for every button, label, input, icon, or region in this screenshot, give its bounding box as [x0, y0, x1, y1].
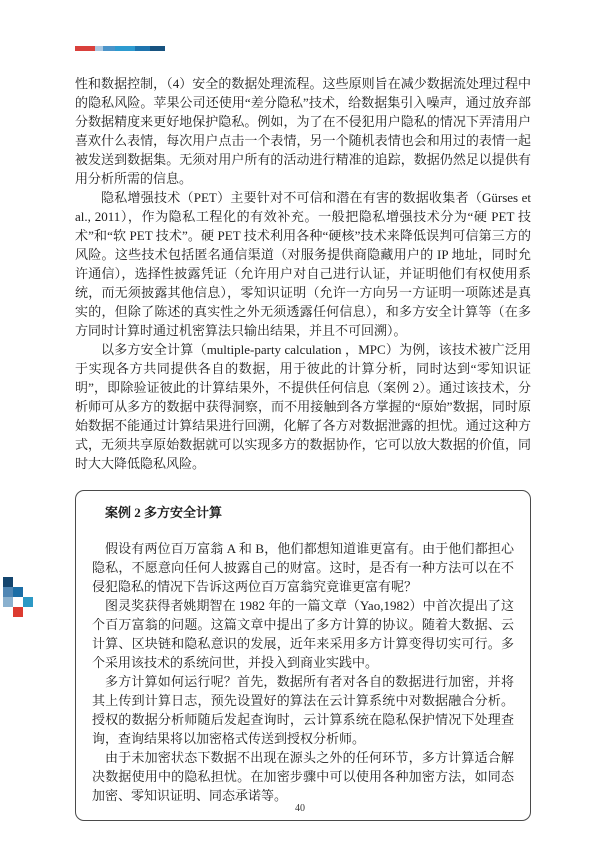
brand-bar-segment-light-blue [115, 46, 135, 51]
case-box-paragraph: 假设有两位百万富翁 A 和 B，他们都想知道谁更富有。由于他们都担心隐私，不愿意… [92, 539, 514, 596]
brand-bar-decoration [75, 46, 165, 51]
brand-bar-segment-blue [135, 46, 150, 51]
body-paragraph: 隐私增强技术（PET）主要针对不可信和潜在有害的数据收集者（Gürses et … [75, 188, 531, 340]
case-box-paragraph: 图灵奖获得者姚期智在 1982 年的一篇文章（Yao,1982）中首次提出了这个… [92, 596, 514, 672]
case-box-title: 案例 2 多方安全计算 [92, 503, 514, 522]
mosaic-square-red [13, 607, 23, 617]
body-paragraph: 性和数据控制，（4）安全的数据处理流程。这些原则旨在减少数据流处理过程中的隐私风… [75, 74, 531, 188]
mosaic-square-steel-blue [3, 587, 13, 597]
brand-bar-segment-pale-blue [95, 46, 103, 51]
mosaic-square-navy [3, 577, 13, 587]
mosaic-square-light-blue [3, 597, 13, 607]
mosaic-square-teal-blue [23, 597, 33, 607]
case-study-box: 案例 2 多方安全计算 假设有两位百万富翁 A 和 B，他们都想知道谁更富有。由… [75, 490, 531, 821]
mosaic-square-ocean-blue [13, 587, 23, 597]
document-page: 性和数据控制，（4）安全的数据处理流程。这些原则旨在减少数据流处理过程中的隐私风… [0, 0, 600, 848]
brand-bar-segment-navy [150, 46, 165, 51]
brand-bar-segment-mid-blue [103, 46, 115, 51]
case-box-paragraph: 多方计算如何运行呢？首先，数据所有者对各自的数据进行加密，并将其上传到计算日志，… [92, 672, 514, 748]
brand-bar-segment-red [75, 46, 95, 51]
page-number: 40 [0, 803, 600, 814]
body-paragraph: 以多方安全计算（multiple-party calculation ，MPC）… [75, 340, 531, 473]
case-box-paragraph: 由于未加密状态下数据不出现在源头之外的任何环节，多方计算适合解决数据使用中的隐私… [92, 748, 514, 805]
page-body: 性和数据控制，（4）安全的数据处理流程。这些原则旨在减少数据流处理过程中的隐私风… [75, 74, 531, 821]
